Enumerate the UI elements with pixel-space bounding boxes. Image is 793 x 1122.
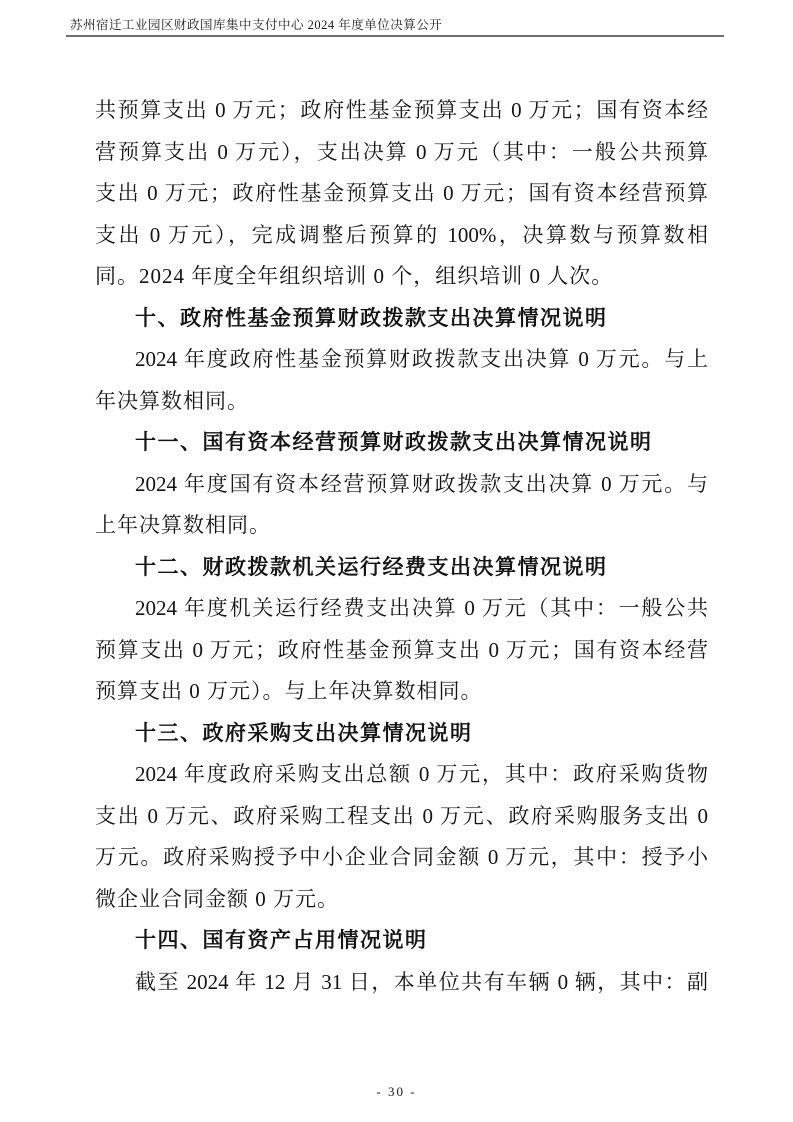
text-line: 截至 2024 年 12 月 31 日，本单位共有车辆 0 辆，其中：副 [95,962,708,1004]
page-number: - 30 - [0,1084,793,1100]
section-heading: 十二、财政拨款机关运行经费支出决算情况说明 [95,547,708,589]
header-rule [66,35,724,37]
text-line: 营预算支出 0 万元），支出决算 0 万元（其中：一般公共预算 [95,132,708,174]
text-line: 微企业合同金额 0 万元。 [95,879,708,921]
text-line: 2024 年度政府性基金预算财政拨款支出决算 0 万元。与上 [95,339,708,381]
text-line: 支出 0 万元；政府性基金预算支出 0 万元；国有资本经营预算 [95,173,708,215]
text-line: 万元。政府采购授予中小企业合同金额 0 万元，其中：授予小 [95,837,708,879]
section-heading: 十一、国有资本经营预算财政拨款支出决算情况说明 [95,422,708,464]
section-heading: 十三、政府采购支出决算情况说明 [95,713,708,755]
text-line: 2024 年度国有资本经营预算财政拨款支出决算 0 万元。与 [95,464,708,506]
text-line: 支出 0 万元、政府采购工程支出 0 万元、政府采购服务支出 0 [95,796,708,838]
page-header-title: 苏州宿迁工业园区财政国库集中支付中心 2024 年度单位决算公开 [70,15,442,33]
document-page: 苏州宿迁工业园区财政国库集中支付中心 2024 年度单位决算公开 共预算支出 0… [0,0,793,1122]
text-line: 支出 0 万元），完成调整后预算的 100%，决算数与预算数相 [95,215,708,257]
section-heading: 十、政府性基金预算财政拨款支出决算情况说明 [95,298,708,340]
section-heading: 十四、国有资产占用情况说明 [95,920,708,962]
text-line: 2024 年度机关运行经费支出决算 0 万元（其中：一般公共 [95,588,708,630]
text-line: 共预算支出 0 万元；政府性基金预算支出 0 万元；国有资本经 [95,90,708,132]
text-line: 2024 年度政府采购支出总额 0 万元，其中：政府采购货物 [95,754,708,796]
text-line: 上年决算数相同。 [95,505,708,547]
document-body: 共预算支出 0 万元；政府性基金预算支出 0 万元；国有资本经营预算支出 0 万… [95,90,708,1003]
text-line: 预算支出 0 万元）。与上年决算数相同。 [95,671,708,713]
text-line: 预算支出 0 万元；政府性基金预算支出 0 万元；国有资本经营 [95,630,708,672]
text-line: 年决算数相同。 [95,381,708,423]
text-line: 同。2024 年度全年组织培训 0 个，组织培训 0 人次。 [95,256,708,298]
